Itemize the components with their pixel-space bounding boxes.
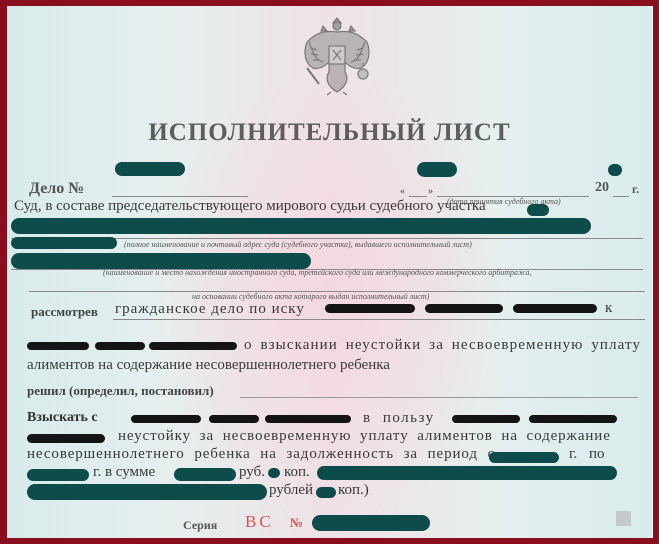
recover-in-favor: в пользу [363, 410, 435, 427]
year-line [613, 196, 629, 197]
court-line: Суд, в составе председательствующего мир… [14, 198, 486, 215]
redacted-court-address-2 [11, 253, 311, 269]
year-suffix: г. [632, 182, 639, 197]
document-title: ИСПОЛНИТЕЛЬНЫЙ ЛИСТ [7, 119, 652, 147]
date-open-quote: « [400, 186, 405, 197]
rub-label: руб. [239, 464, 265, 481]
redacted-defendant-name [95, 342, 145, 350]
recover-to: г. по [569, 446, 605, 463]
decided-label: решил (определил, постановил) [27, 383, 214, 399]
redacted-debtor-name [209, 415, 259, 423]
rubles-label: рублей [269, 482, 313, 499]
decided-line [240, 397, 638, 398]
redacted-court-section [527, 204, 549, 216]
redacted-period-end [27, 469, 89, 481]
considered-text: гражданское дело по иску [115, 301, 305, 318]
considered-label: рассмотрев [31, 304, 98, 320]
plaintiff-line [113, 319, 645, 320]
redacted-series-number [312, 515, 430, 531]
number-sign: № [290, 515, 303, 531]
redacted-sum-rubles [174, 468, 236, 481]
recover-text-1: неустойку за несвоевременную уплату алим… [118, 428, 611, 445]
redacted-creditor-surname [452, 415, 520, 423]
series-value: ВС [245, 512, 274, 532]
recover-sum-label: г. в сумме [93, 464, 155, 481]
year-prefix: 20 [595, 180, 609, 196]
corner-mark [616, 511, 631, 526]
kop-label: коп. [284, 464, 310, 481]
court-caption: (полное наименование и почтовый адрес су… [124, 240, 472, 249]
versus-label: к [605, 300, 612, 317]
redacted-defendant-surname [27, 342, 89, 350]
redacted-plaintiff-patronymic [513, 304, 597, 313]
kop-close-label: коп.) [338, 482, 369, 499]
series-label: Серия [183, 518, 217, 533]
redacted-plaintiff-surname [325, 304, 415, 313]
redacted-defendant-patronymic [149, 342, 237, 350]
claim-text-2: алиментов на содержание несовершеннолетн… [27, 357, 390, 374]
redacted-court-address [11, 237, 117, 249]
redacted-period-start [489, 452, 559, 463]
redacted-creditor-patronymic [27, 434, 105, 443]
date-day-line [409, 196, 427, 197]
case-number-line [112, 196, 248, 197]
redacted-creditor-name [529, 415, 617, 423]
redacted-kopecks-words [316, 487, 336, 498]
recover-text-2: несовершеннолетнего ребенка на задолженн… [27, 446, 495, 463]
redacted-sum-in-words-2 [27, 484, 267, 500]
document-frame: ИСПОЛНИТЕЛЬНЫЙ ЛИСТ Дело № « » 20 г. (да… [0, 0, 659, 544]
redacted-plaintiff-name [425, 304, 503, 313]
claim-text: о взыскании неустойки за несвоевременную… [244, 337, 641, 354]
redacted-sum-in-words [317, 466, 617, 480]
foreign-court-caption: (наименование и место нахождения иностра… [103, 268, 531, 277]
redacted-year [608, 164, 622, 176]
writ-of-execution-sheet: ИСПОЛНИТЕЛЬНЫЙ ЛИСТ Дело № « » 20 г. (да… [7, 6, 653, 538]
date-close-quote: » [428, 186, 433, 197]
recover-label: Взыскать с [27, 410, 98, 426]
redacted-case-number [115, 162, 185, 176]
redacted-sum-kopecks [268, 468, 280, 478]
redacted-date-day [417, 162, 457, 177]
redacted-court-name [11, 218, 591, 234]
russian-coat-of-arms-icon [293, 12, 381, 96]
redacted-debtor-patronymic [265, 415, 351, 423]
basis-caption: на основании судебного акта которого выд… [192, 292, 429, 301]
redacted-debtor-surname [131, 415, 201, 423]
case-label: Дело № [29, 180, 84, 198]
